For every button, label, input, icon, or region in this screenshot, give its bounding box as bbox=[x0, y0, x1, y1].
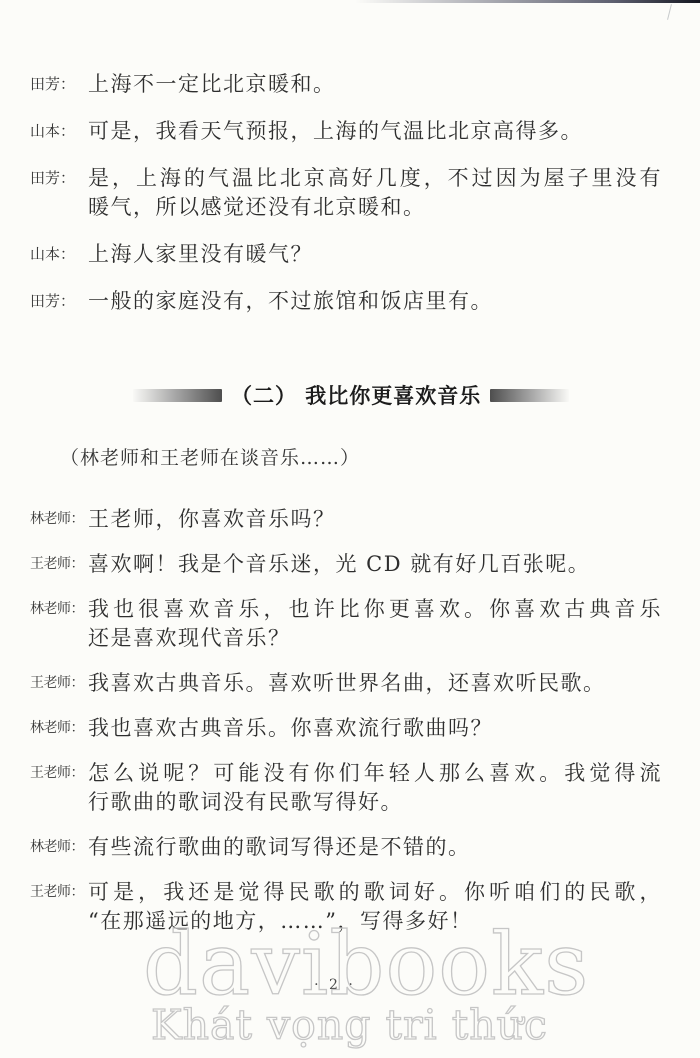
scan-edge-artifact bbox=[355, 0, 700, 3]
dialogue-line: 王老师： 我喜欢古典音乐。喜欢听世界名曲，还喜欢听民歌。 bbox=[30, 669, 670, 698]
dialogue-line: 山本： 可是，我看天气预报，上海的气温比北京高得多。 bbox=[30, 117, 670, 146]
speaker-label: 王老师： bbox=[30, 759, 88, 788]
speaker-label: 林老师： bbox=[30, 505, 88, 534]
speaker-label: 王老师： bbox=[30, 550, 88, 579]
dialogue-weather: 田芳： 上海不一定比北京暖和。 山本： 可是，我看天气预报，上海的气温比北京高得… bbox=[30, 70, 670, 334]
dialogue-line: 王老师： 怎么说呢？可能没有你们年轻人那么喜欢。我觉得流 行歌曲的歌词没有民歌写… bbox=[30, 759, 670, 817]
dialogue-line: 田芳： 上海不一定比北京暖和。 bbox=[30, 70, 670, 99]
dialogue-line: 田芳： 是，上海的气温比北京高好几度，不过因为屋子里没有 暖气，所以感觉还没有北… bbox=[30, 164, 670, 222]
watermark-logo: davibooks bbox=[143, 922, 589, 1008]
speaker-label: 林老师： bbox=[30, 595, 88, 624]
scene-note: （林老师和王老师在谈音乐……） bbox=[60, 443, 360, 470]
dialogue-text-line: 还是喜欢现代音乐？ bbox=[88, 624, 662, 653]
dialogue-text-line: 有些流行歌曲的歌词写得还是不错的。 bbox=[88, 833, 662, 862]
speaker-label: 王老师： bbox=[30, 669, 88, 698]
dialogue-text-line: 王老师，你喜欢音乐吗？ bbox=[88, 505, 662, 534]
pencil-mark-artifact bbox=[667, 4, 672, 20]
dialogue-text-line: 可是，我还是觉得民歌的歌词好。你听咱们的民歌， bbox=[88, 878, 662, 907]
dialogue-line: 林老师： 我也喜欢古典音乐。你喜欢流行歌曲吗？ bbox=[30, 714, 670, 743]
dialogue-text: 可是，我看天气预报，上海的气温比北京高得多。 bbox=[88, 117, 662, 146]
dialogue-text: 上海人家里没有暖气？ bbox=[88, 240, 662, 269]
dialogue-text-line: 我也很喜欢音乐，也许比你更喜欢。你喜欢古典音乐 bbox=[88, 595, 662, 624]
dialogue-line: 王老师： 喜欢啊！我是个音乐迷，光 CD 就有好几百张呢。 bbox=[30, 550, 670, 579]
dialogue-text-line: 行歌曲的歌词没有民歌写得好。 bbox=[88, 788, 662, 817]
dialogue-text: 我喜欢古典音乐。喜欢听世界名曲，还喜欢听民歌。 bbox=[88, 669, 662, 698]
dialogue-text: 是，上海的气温比北京高好几度，不过因为屋子里没有 暖气，所以感觉还没有北京暖和。 bbox=[88, 164, 662, 222]
dialogue-text-line: 我也喜欢古典音乐。你喜欢流行歌曲吗？ bbox=[88, 714, 662, 743]
speaker-label: 林老师： bbox=[30, 714, 88, 743]
speaker-label: 王老师： bbox=[30, 878, 88, 907]
dialogue-text: 王老师，你喜欢音乐吗？ bbox=[88, 505, 662, 534]
dialogue-text-line: 上海不一定比北京暖和。 bbox=[88, 70, 662, 99]
dialogue-text-line: 是，上海的气温比北京高好几度，不过因为屋子里没有 bbox=[88, 164, 662, 193]
dialogue-text: 喜欢啊！我是个音乐迷，光 CD 就有好几百张呢。 bbox=[88, 550, 662, 579]
dialogue-text: 有些流行歌曲的歌词写得还是不错的。 bbox=[88, 833, 662, 862]
dialogue-text: 我也很喜欢音乐，也许比你更喜欢。你喜欢古典音乐 还是喜欢现代音乐？ bbox=[88, 595, 662, 653]
dialogue-text: 怎么说呢？可能没有你们年轻人那么喜欢。我觉得流 行歌曲的歌词没有民歌写得好。 bbox=[88, 759, 662, 817]
speaker-label: 田芳： bbox=[30, 287, 88, 316]
speaker-label: 林老师： bbox=[30, 833, 88, 862]
section-heading: （二） 我比你更喜欢音乐 bbox=[133, 380, 569, 410]
dialogue-text-line: 我喜欢古典音乐。喜欢听世界名曲，还喜欢听民歌。 bbox=[88, 669, 662, 698]
heading-bar-left bbox=[133, 389, 222, 402]
speaker-label: 山本： bbox=[30, 117, 88, 146]
speaker-label: 山本： bbox=[30, 240, 88, 269]
book-page: 田芳： 上海不一定比北京暖和。 山本： 可是，我看天气预报，上海的气温比北京高得… bbox=[0, 0, 700, 1058]
dialogue-text-line: 喜欢啊！我是个音乐迷，光 CD 就有好几百张呢。 bbox=[88, 550, 662, 579]
dialogue-line: 林老师： 我也很喜欢音乐，也许比你更喜欢。你喜欢古典音乐 还是喜欢现代音乐？ bbox=[30, 595, 670, 653]
dialogue-text: 我也喜欢古典音乐。你喜欢流行歌曲吗？ bbox=[88, 714, 662, 743]
watermark-slogan: Khát vọng tri thức bbox=[0, 1003, 548, 1048]
dialogue-music: 林老师： 王老师，你喜欢音乐吗？ 王老师： 喜欢啊！我是个音乐迷，光 CD 就有… bbox=[30, 505, 670, 952]
dialogue-text: 一般的家庭没有，不过旅馆和饭店里有。 bbox=[88, 287, 662, 316]
dialogue-line: 林老师： 有些流行歌曲的歌词写得还是不错的。 bbox=[30, 833, 670, 862]
dialogue-line: 林老师： 王老师，你喜欢音乐吗？ bbox=[30, 505, 670, 534]
speaker-label: 田芳： bbox=[30, 164, 88, 193]
dialogue-text-line: 可是，我看天气预报，上海的气温比北京高得多。 bbox=[88, 117, 662, 146]
dialogue-text-line: 一般的家庭没有，不过旅馆和饭店里有。 bbox=[88, 287, 662, 316]
dialogue-line: 田芳： 一般的家庭没有，不过旅馆和饭店里有。 bbox=[30, 287, 670, 316]
dialogue-line: 山本： 上海人家里没有暖气？ bbox=[30, 240, 670, 269]
heading-bar-right bbox=[490, 389, 569, 402]
speaker-label: 田芳： bbox=[30, 70, 88, 99]
dialogue-text: 上海不一定比北京暖和。 bbox=[88, 70, 662, 99]
dialogue-text-line: 怎么说呢？可能没有你们年轻人那么喜欢。我觉得流 bbox=[88, 759, 662, 788]
dialogue-text-line: 暖气，所以感觉还没有北京暖和。 bbox=[88, 193, 662, 222]
dialogue-text-line: 上海人家里没有暖气？ bbox=[88, 240, 662, 269]
section-title: （二） 我比你更喜欢音乐 bbox=[231, 380, 481, 410]
